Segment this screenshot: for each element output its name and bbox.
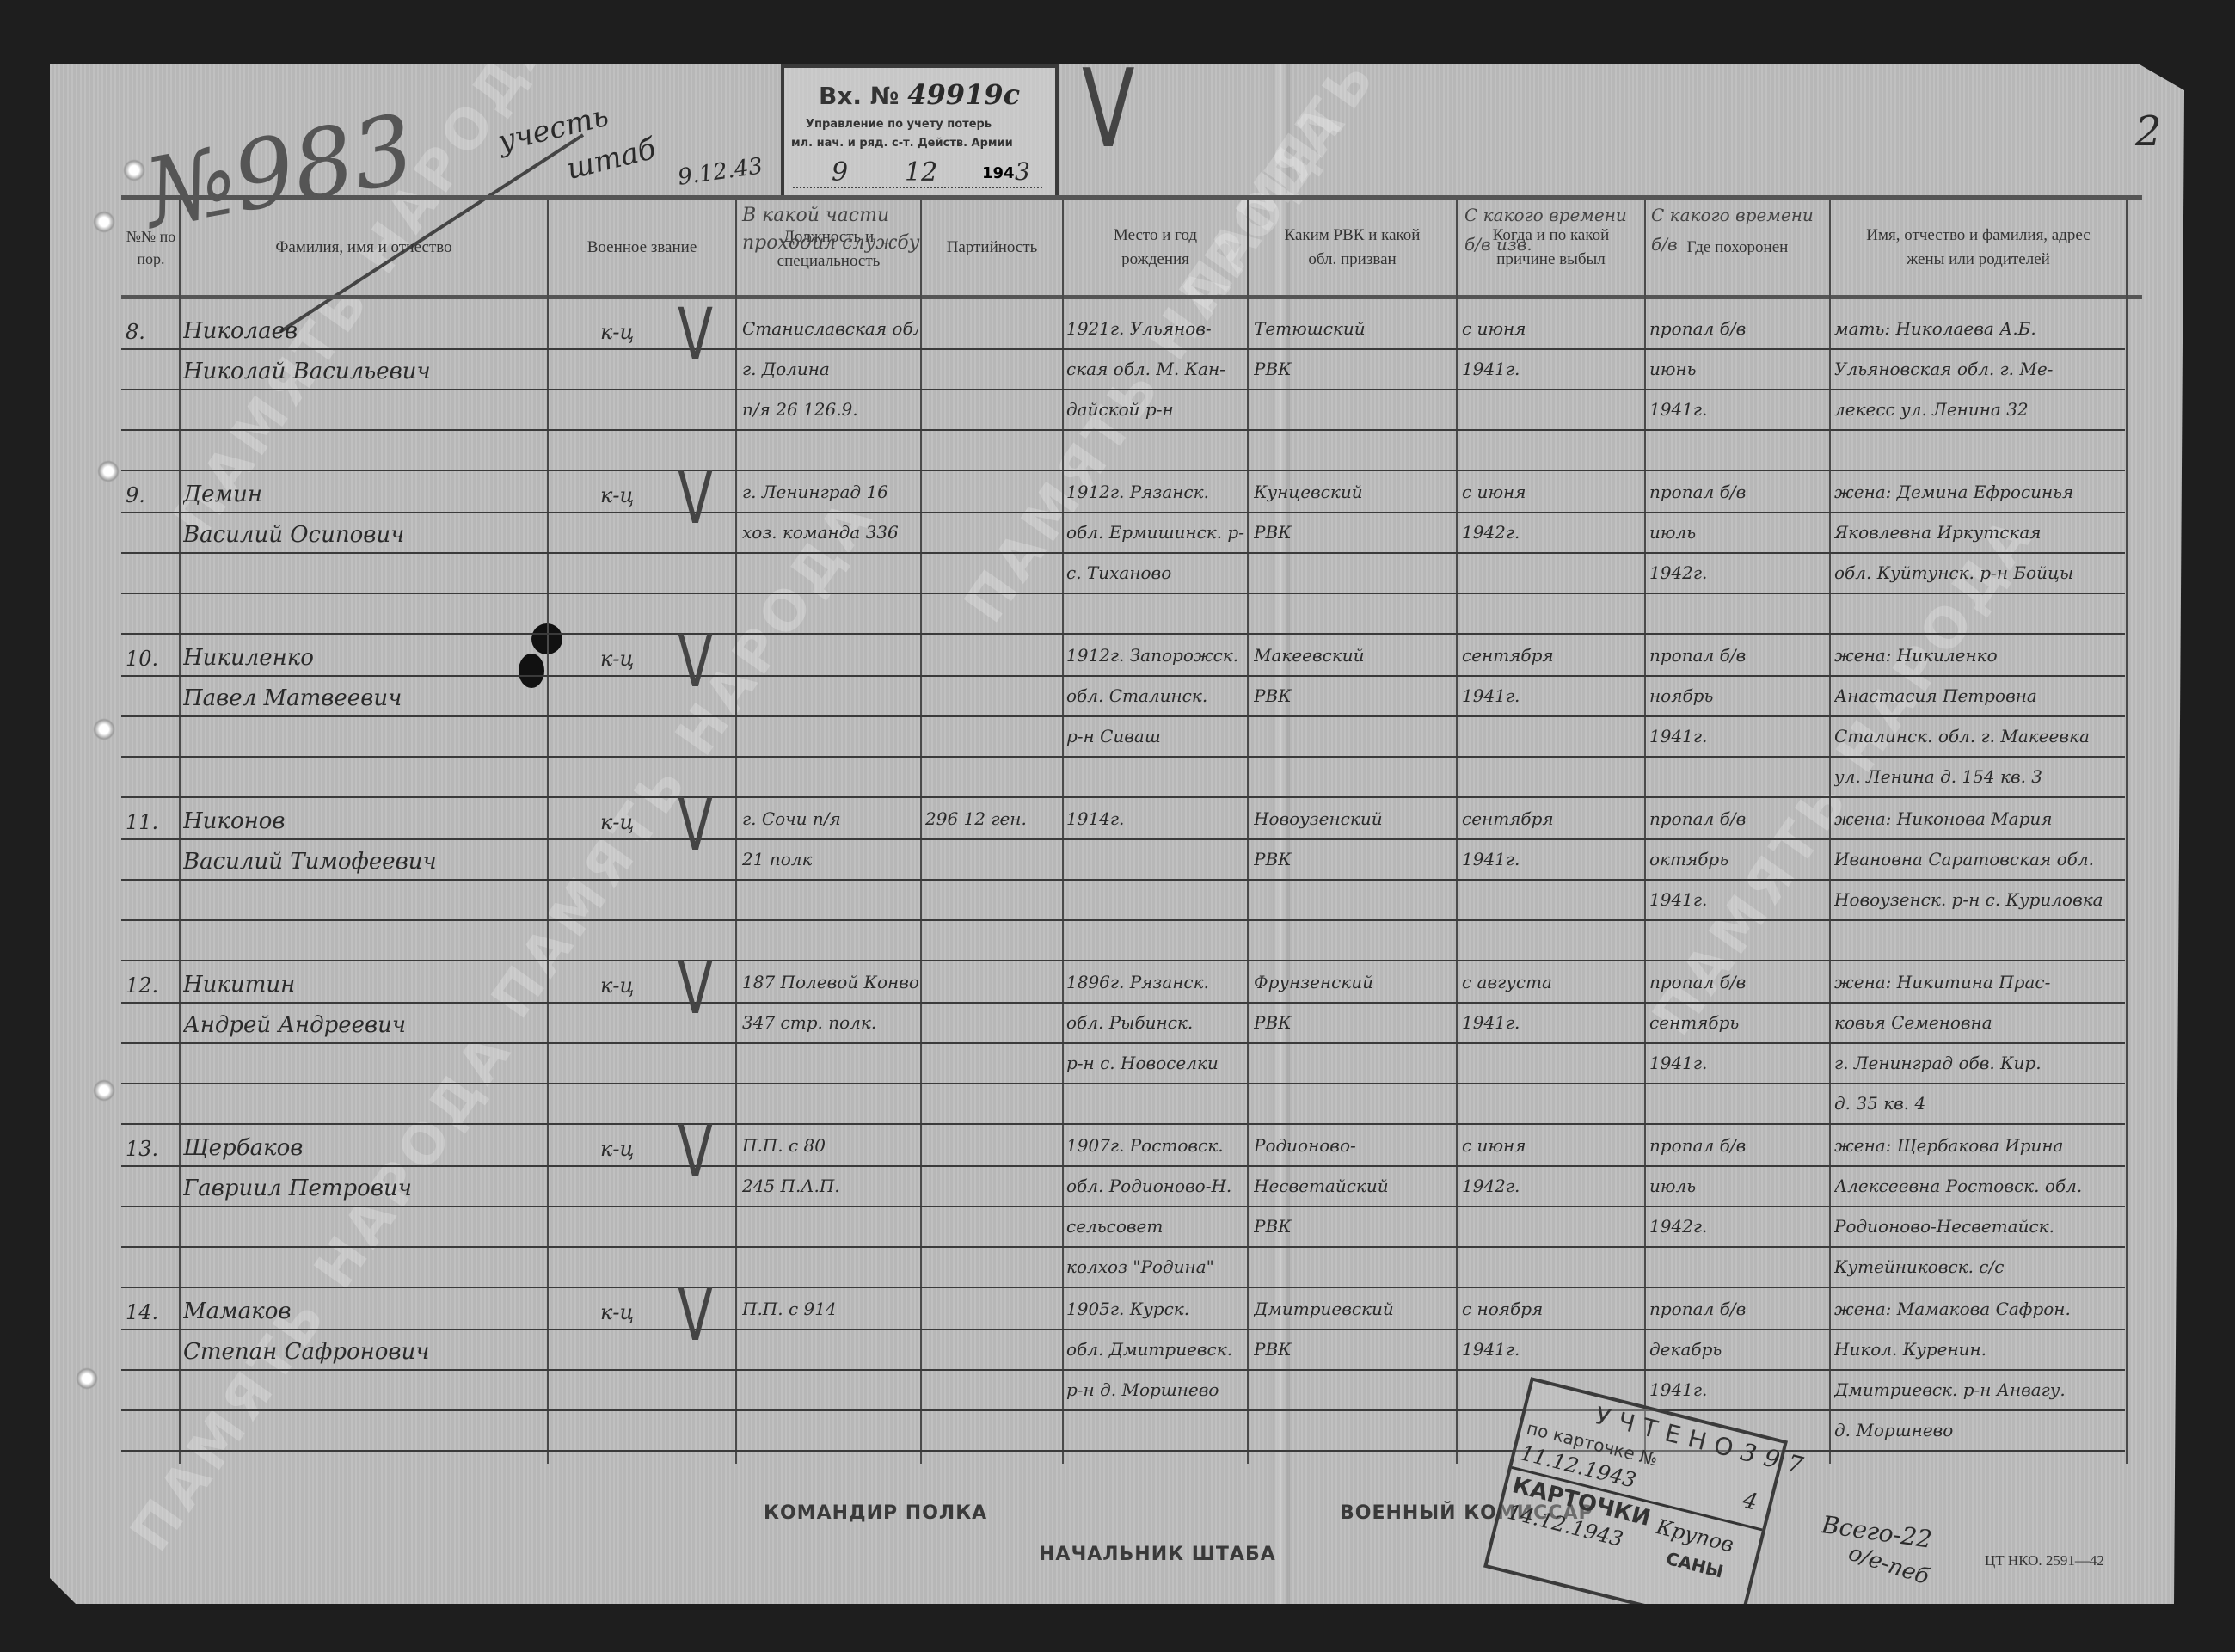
- ruled-line: [121, 552, 2125, 554]
- row-relatives: жена: Щербакова Ирина: [1834, 1135, 2127, 1156]
- row-birth: 1914г.: [1066, 808, 1245, 829]
- row-birth: ская обл. М. Кан-: [1066, 359, 1245, 379]
- row-birth: 1905г. Курск.: [1066, 1299, 1245, 1319]
- row-birth: с. Тиханово: [1066, 562, 1245, 583]
- row-buried: пропал б/в: [1649, 1135, 1828, 1156]
- ruled-line: [121, 1450, 2125, 1452]
- row-buried: пропал б/в: [1649, 1299, 1828, 1319]
- ruled-line: [121, 756, 2125, 758]
- row-buried: 1941г.: [1649, 399, 1828, 420]
- row-relatives: Алексеевна Ростовск. обл.: [1834, 1176, 2127, 1196]
- form-code: ЦТ НКО. 2591—42: [1985, 1552, 2104, 1569]
- row-buried: июль: [1649, 1176, 1828, 1196]
- col-header-position-annotation: В какой части проходил службу: [742, 202, 923, 257]
- row-relatives: г. Ленинград обв. Кир.: [1834, 1053, 2127, 1073]
- row-birth: обл. Родионово-Н.: [1066, 1176, 1245, 1196]
- row-when: 1942г.: [1462, 522, 1642, 543]
- row-when: с июня: [1462, 1135, 1642, 1156]
- header-bottom-rule: [121, 295, 2142, 299]
- ruled-line: [121, 389, 2125, 390]
- ruled-line: [121, 1083, 2125, 1084]
- row-surname: Никитин: [183, 972, 544, 998]
- row-when: 1942г.: [1462, 1176, 1642, 1196]
- row-when: 1941г.: [1462, 1339, 1642, 1360]
- col-header-when-annotation: С какого времени б/в изв.: [1464, 200, 1636, 259]
- stamp-year-suffix: 3: [1015, 157, 1030, 186]
- punch-hole: [93, 211, 115, 233]
- row-rvk: Родионово-: [1254, 1135, 1453, 1156]
- row-buried: ноябрь: [1649, 685, 1828, 706]
- row-buried: пропал б/в: [1649, 972, 1828, 992]
- ruled-line: [121, 429, 2125, 431]
- row-buried: июнь: [1649, 359, 1828, 379]
- stamp-org-line1: Управление по учету потерь: [806, 118, 992, 131]
- row-given-name: Степан Сафронович: [183, 1339, 544, 1365]
- check-mark-icon: V: [678, 947, 713, 1031]
- punch-hole: [93, 1079, 115, 1102]
- ruled-line: [121, 1329, 2125, 1330]
- row-birth: обл. Сталинск.: [1066, 685, 1245, 706]
- ruled-line: [121, 1246, 2125, 1248]
- row-rvk: Тетюшский: [1254, 318, 1453, 339]
- punch-hole: [97, 460, 120, 482]
- row-buried: декабрь: [1649, 1339, 1828, 1360]
- row-buried: 1941г.: [1649, 726, 1828, 746]
- ruled-line: [121, 796, 2125, 798]
- row-rvk: РВК: [1254, 849, 1453, 869]
- row-given-name: Гавриил Петрович: [183, 1176, 544, 1201]
- row-rvk: РВК: [1254, 522, 1453, 543]
- row-buried: 1941г.: [1649, 1379, 1828, 1400]
- registered-stamp: УЧТЕНО397 по карточке № 11.12.1943 КАРТО…: [1483, 1377, 1788, 1631]
- row-relatives: Кутейниковск. с/с: [1834, 1256, 2127, 1277]
- stamp-year: 194: [982, 164, 1015, 182]
- document-sheet: ПАМЯТЬ НАРОДА ПАМЯТЬ НАРОДА ПАМЯТЬ НАРОД…: [50, 64, 2184, 1604]
- ruled-line: [121, 1409, 2125, 1411]
- row-birth: р-н с. Новоселки: [1066, 1053, 1245, 1073]
- row-given-name: Николай Васильевич: [183, 359, 544, 384]
- punch-hole: [93, 718, 115, 740]
- stamp-number: 49919с: [907, 78, 1020, 111]
- ruled-line: [121, 879, 2125, 881]
- row-relatives: жена: Никиленко: [1834, 645, 2127, 666]
- row-relatives: Дмитриевск. р-н Анвагу.: [1834, 1379, 2127, 1400]
- row-rvk: РВК: [1254, 685, 1453, 706]
- row-unit: хоз. команда 336: [742, 522, 918, 543]
- row-buried: сентябрь: [1649, 1012, 1828, 1033]
- row-given-name: Василий Осипович: [183, 522, 544, 548]
- row-when: сентября: [1462, 645, 1642, 666]
- row-buried: пропал б/в: [1649, 645, 1828, 666]
- row-relatives: д. 35 кв. 4: [1834, 1093, 2127, 1114]
- row-when: 1941г.: [1462, 1012, 1642, 1033]
- col-header-relatives: Имя, отчество и фамилия, адрес жены или …: [1831, 202, 2126, 292]
- row-unit: п/я 26 126.9.: [742, 399, 918, 420]
- row-unit: П.П. с 914: [742, 1299, 918, 1319]
- col-header-name: Фамилия, имя и отчество: [181, 202, 547, 292]
- row-birth: колхоз "Родина": [1066, 1256, 1245, 1277]
- row-surname: Никонов: [183, 808, 544, 834]
- row-relatives: Яковлевна Иркутская: [1834, 522, 2127, 543]
- col-header-rank: Военное звание: [549, 202, 735, 292]
- registered-number: 397: [1738, 1437, 1814, 1482]
- row-number: 11.: [126, 810, 177, 834]
- row-party: 296 12 ген.: [925, 808, 1061, 829]
- ruled-line: [121, 1287, 2125, 1288]
- row-birth: р-н д. Моршнево: [1066, 1379, 1245, 1400]
- row-buried: 1942г.: [1649, 1216, 1828, 1237]
- row-when: сентября: [1462, 808, 1642, 829]
- row-rvk: Новоузенский: [1254, 808, 1453, 829]
- ruled-line: [121, 919, 2125, 921]
- row-buried: октябрь: [1649, 849, 1828, 869]
- ruled-line: [121, 512, 2125, 513]
- row-birth: обл. Дмитриевск.: [1066, 1339, 1245, 1360]
- row-buried: пропал б/в: [1649, 318, 1828, 339]
- row-when: с июня: [1462, 482, 1642, 502]
- row-number: 10.: [126, 647, 177, 671]
- row-given-name: Павел Матвеевич: [183, 685, 544, 711]
- row-birth: 1912г. Запорожск.: [1066, 645, 1245, 666]
- col-header-party: Партийность: [922, 202, 1062, 292]
- row-rvk: РВК: [1254, 359, 1453, 379]
- ruled-line: [121, 593, 2125, 594]
- row-given-name: Василий Тимофеевич: [183, 849, 544, 875]
- table-top-rule: [121, 195, 2142, 200]
- row-unit: 187 Полевой Конвой: [742, 972, 918, 992]
- row-number: 9.: [126, 483, 177, 507]
- row-birth: дайской р-н: [1066, 399, 1245, 420]
- row-buried: пропал б/в: [1649, 808, 1828, 829]
- row-rvk: Кунцевский: [1254, 482, 1453, 502]
- top-note-date: 9.12.43: [676, 153, 764, 191]
- ruled-line: [121, 960, 2125, 961]
- row-rvk: Макеевский: [1254, 645, 1453, 666]
- ruled-line: [121, 1123, 2125, 1125]
- commander-label: КОМАНДИР ПОЛКА: [764, 1502, 987, 1524]
- row-relatives: д. Моршнево: [1834, 1420, 2127, 1440]
- row-birth: сельсовет: [1066, 1216, 1245, 1237]
- row-birth: обл. Ермишинск. р-н: [1066, 522, 1245, 543]
- check-mark-icon: V: [678, 1110, 713, 1194]
- row-rvk: Несветайский: [1254, 1176, 1453, 1196]
- col-header-rvk: Каким РВК и какой обл. призван: [1249, 202, 1456, 292]
- col-header-buried-annotation: С какого времени б/в: [1651, 200, 1823, 259]
- ruled-line: [121, 348, 2125, 350]
- row-buried: 1941г.: [1649, 889, 1828, 910]
- ruled-line: [121, 1369, 2125, 1371]
- row-relatives: обл. Куйтунск. р-н Бойцы: [1834, 562, 2127, 583]
- row-relatives: Новоузенск. р-н с. Куриловка: [1834, 889, 2127, 910]
- row-number: 8.: [126, 320, 177, 344]
- stamp-label: Вх. №: [819, 82, 899, 110]
- row-unit: П.П. с 80: [742, 1135, 918, 1156]
- row-birth: обл. Рыбинск.: [1066, 1012, 1245, 1033]
- row-when: 1941г.: [1462, 685, 1642, 706]
- ruled-line: [121, 838, 2125, 840]
- row-unit: 347 стр. полк.: [742, 1012, 918, 1033]
- row-relatives: лекесс ул. Ленина 32: [1834, 399, 2127, 420]
- check-mark-icon: V: [1082, 46, 1135, 173]
- row-rvk: РВК: [1254, 1339, 1453, 1360]
- row-birth: 1921г. Ульянов-: [1066, 318, 1245, 339]
- row-relatives: ковья Семеновна: [1834, 1012, 2127, 1033]
- check-mark-icon: V: [678, 293, 713, 378]
- row-given-name: Андрей Андреевич: [183, 1012, 544, 1038]
- row-unit: г. Ленинград 16: [742, 482, 918, 502]
- check-mark-icon: V: [678, 620, 713, 704]
- row-surname: Демин: [183, 482, 544, 507]
- ruled-line: [121, 633, 2125, 635]
- incoming-stamp: Вх. № 49919с Управление по учету потерь …: [781, 64, 1059, 200]
- stamp-org-line2: мл. нач. и ряд. с-т. Действ. Армии: [791, 137, 1013, 150]
- row-buried: 1941г.: [1649, 1053, 1828, 1073]
- ruled-line: [121, 675, 2125, 677]
- chief-of-staff-label: НАЧАЛЬНИК ШТАБА: [1039, 1544, 1276, 1565]
- row-unit: г. Сочи п/я: [742, 808, 918, 829]
- row-surname: Мамаков: [183, 1299, 544, 1324]
- page-number: 2: [2135, 107, 2162, 156]
- page-mark: 4: [1740, 1488, 1759, 1516]
- col-header-number: №№ по пор.: [123, 202, 179, 292]
- row-when: с июня: [1462, 318, 1642, 339]
- check-mark-icon: V: [678, 1274, 713, 1358]
- row-when: с августа: [1462, 972, 1642, 992]
- row-unit: 21 полк: [742, 849, 918, 869]
- row-relatives: жена: Никитина Прас-: [1834, 972, 2127, 992]
- check-mark-icon: V: [678, 457, 713, 541]
- col-header-birth: Место и год рождения: [1064, 202, 1247, 292]
- row-when: с ноября: [1462, 1299, 1642, 1319]
- ruled-line: [121, 1002, 2125, 1004]
- row-unit: Станиславская обл.: [742, 318, 918, 339]
- stamp-day: 9: [832, 157, 848, 187]
- ruled-line: [121, 1165, 2125, 1167]
- row-number: 13.: [126, 1137, 177, 1161]
- row-relatives: жена: Мамакова Сафрон.: [1834, 1299, 2127, 1319]
- row-relatives: ул. Ленина д. 154 кв. 3: [1834, 766, 2127, 787]
- row-relatives: Анастасия Петровна: [1834, 685, 2127, 706]
- row-rvk: Дмитриевский: [1254, 1299, 1453, 1319]
- row-surname: Никиленко: [183, 645, 544, 671]
- row-relatives: Сталинск. обл. г. Макеевка: [1834, 726, 2127, 746]
- row-buried: 1942г.: [1649, 562, 1828, 583]
- row-surname: Щербаков: [183, 1135, 544, 1161]
- punch-hole: [76, 1367, 98, 1390]
- row-birth: 1907г. Ростовск.: [1066, 1135, 1245, 1156]
- row-surname: Николаев: [183, 318, 544, 344]
- row-unit: 245 П.А.П.: [742, 1176, 918, 1196]
- row-birth: р-н Сиваш: [1066, 726, 1245, 746]
- ruled-line: [121, 715, 2125, 717]
- row-relatives: жена: Демина Ефросинья: [1834, 482, 2127, 502]
- row-buried: июль: [1649, 522, 1828, 543]
- row-unit: г. Долина: [742, 359, 918, 379]
- row-relatives: Ульяновская обл. г. Ме-: [1834, 359, 2127, 379]
- row-rvk: Фрунзенский: [1254, 972, 1453, 992]
- row-birth: 1912г. Рязанск.: [1066, 482, 1245, 502]
- row-when: 1941г.: [1462, 359, 1642, 379]
- row-rvk: РВК: [1254, 1216, 1453, 1237]
- stamp-month: 12: [905, 157, 937, 187]
- row-rvk: РВК: [1254, 1012, 1453, 1033]
- row-when: 1941г.: [1462, 849, 1642, 869]
- row-relatives: мать: Николаева А.Б.: [1834, 318, 2127, 339]
- ruled-line: [121, 1206, 2125, 1207]
- ruled-line: [121, 1042, 2125, 1044]
- row-relatives: жена: Никонова Мария: [1834, 808, 2127, 829]
- ruled-line: [121, 470, 2125, 471]
- row-number: 12.: [126, 973, 177, 998]
- row-relatives: Ивановна Саратовская обл.: [1834, 849, 2127, 869]
- row-relatives: Никол. Куренин.: [1834, 1339, 2127, 1360]
- row-relatives: Родионово-Несветайск.: [1834, 1216, 2127, 1237]
- row-buried: пропал б/в: [1649, 482, 1828, 502]
- row-birth: 1896г. Рязанск.: [1066, 972, 1245, 992]
- row-number: 14.: [126, 1300, 177, 1324]
- check-mark-icon: V: [678, 783, 713, 868]
